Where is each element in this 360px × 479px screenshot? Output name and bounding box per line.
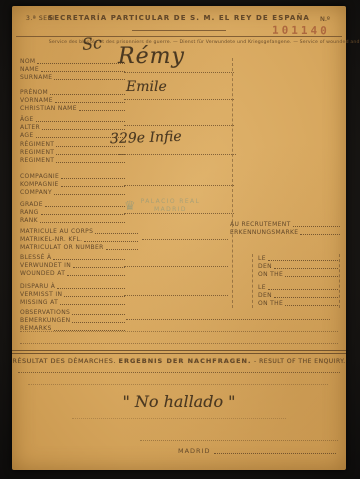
stamp-line2: MADRID [141, 206, 201, 214]
dot-leader [84, 241, 138, 242]
label-disparu: DISPARU À [20, 283, 55, 290]
dot-leader [54, 79, 125, 80]
field-wounded: BLESSÉ À VERWUNDET IN WOUNDED AT [20, 253, 125, 277]
dot-leader [57, 288, 125, 289]
column-divider [232, 58, 233, 308]
dot-leader [56, 162, 125, 163]
label-regiment-fr: RÉGIMENT [20, 141, 54, 148]
dot-leader [42, 129, 125, 130]
label-den: DEN [258, 292, 272, 299]
dot-leader [79, 110, 125, 111]
dot-leader [106, 249, 138, 250]
label-le: LE [258, 284, 266, 291]
label-blesse: BLESSÉ À [20, 254, 51, 261]
inquiry-card: 3.ª SERIE SECRETARÍA PARTICULAR DE S. M.… [12, 6, 346, 470]
label-matricule-fr: MATRICULE AU CORPS [20, 228, 93, 235]
dot-leader [73, 267, 125, 268]
label-prenom: PRÉNOM [20, 89, 48, 96]
label-missing: MISSING AT [20, 299, 58, 306]
label-age-en: AGE [20, 132, 34, 139]
title-underline [132, 30, 226, 31]
date-block-divider [252, 254, 253, 308]
entry-line [124, 125, 234, 126]
place-row: MADRID [178, 447, 336, 455]
date-block-divider [339, 254, 340, 308]
dot-leader [61, 186, 125, 187]
dot-leader [36, 121, 126, 122]
label-grade: GRADE [20, 201, 43, 208]
madrid-label: MADRID [178, 447, 211, 455]
entry-line [20, 331, 338, 332]
label-compagnie: COMPAGNIE [20, 173, 59, 180]
office-stamp: ♛ PALACIO REAL MADRID [124, 198, 200, 214]
dot-leader [60, 304, 125, 305]
label-matricule-de: MATRIKEL-NR. KFL. [20, 236, 82, 243]
dot-leader [53, 259, 125, 260]
dot-leader [64, 296, 125, 297]
label-regiment-en: REGIMENT [20, 157, 54, 164]
label-den: DEN [258, 263, 272, 270]
label-alter: ALTER [20, 124, 40, 131]
entry-line [124, 266, 228, 267]
handwritten-result: " No hallado " [12, 392, 346, 411]
label-on-the: ON THE [258, 300, 283, 307]
dot-leader [72, 322, 125, 323]
dot-leader [268, 260, 338, 261]
entry-line [124, 185, 234, 186]
dot-leader [67, 275, 125, 276]
dot-leader [45, 206, 125, 207]
entry-line [118, 154, 236, 155]
dot-leader [37, 63, 125, 64]
page-title: SECRETARÍA PARTICULAR DE S. M. EL REY DE… [12, 14, 346, 22]
label-name: NAME [20, 66, 39, 73]
label-christian-name: CHRISTIAN NAME [20, 105, 77, 112]
dot-leader [41, 214, 125, 215]
label-verwundet: VERWUNDET IN [20, 262, 71, 269]
label-bemerkungen: BEMERKUNGEN [20, 317, 70, 324]
dot-leader [274, 268, 338, 269]
label-matricule-en: MATRICULAT OR NUMBER [20, 244, 104, 251]
result-blank-line [28, 384, 328, 385]
label-age-fr: ÂGE [20, 116, 34, 123]
dot-leader [50, 94, 125, 95]
label-vorname: VORNAME [20, 97, 53, 104]
dot-leader [54, 194, 125, 195]
label-rang: RANG [20, 209, 39, 216]
result-blank-line [140, 440, 338, 441]
number-label: N.º [320, 15, 330, 23]
result-blank-line [72, 418, 286, 419]
result-heading-de: ERGEBNIS DER NACHFRAGEN. [119, 357, 252, 365]
result-heading: RÉSULTAT DES DÉMARCHES. ERGEBNIS DER NAC… [12, 357, 346, 365]
label-erkennungsmarke: ERKENNUNGSMARKE [230, 229, 298, 236]
entry-line [126, 319, 330, 320]
subtitle-en: Service of wounded and war prisoners. [300, 39, 360, 44]
label-au-recrutement: AU RECRUTEMENT [230, 221, 291, 228]
label-observations: OBSERVATIONS [20, 309, 70, 316]
field-firstname: PRÉNOM VORNAME CHRISTIAN NAME [20, 88, 125, 112]
crown-icon: ♛ [124, 200, 136, 213]
handwritten-regiment: 329e Infie [110, 129, 182, 147]
matricule-right-block: AU RECRUTEMENT ERKENNUNGSMARKE [230, 220, 340, 236]
dot-leader [61, 178, 125, 179]
dot-leader [285, 305, 338, 306]
result-heading-en: - RESULT OF THE ENQUIRY. [254, 358, 346, 365]
dot-leader [300, 234, 340, 235]
stamp-line1: PALACIO REAL [141, 198, 201, 206]
field-missing: DISPARU À VERMISST IN MISSING AT [20, 282, 125, 306]
label-on-the: ON THE [258, 271, 283, 278]
entry-line [124, 72, 234, 73]
label-vermisst: VERMISST IN [20, 291, 62, 298]
subtitle-de: Dienst für Verwundete und Kriegsgefangen… [180, 39, 299, 44]
dot-leader [55, 102, 125, 103]
entry-line [124, 295, 228, 296]
handwritten-firstname: Emile [126, 79, 167, 95]
dot-leader [214, 453, 337, 454]
dot-leader [41, 71, 125, 72]
field-matricule: MATRICULE AU CORPS MATRIKEL-NR. KFL. MAT… [20, 227, 138, 251]
dot-leader [268, 289, 338, 290]
field-company: COMPAGNIE KOMPAGNIE COMPANY [20, 172, 125, 196]
dot-leader [95, 233, 138, 234]
label-le: LE [258, 255, 266, 262]
handwritten-surname: Rémy [118, 44, 185, 69]
label-surname: SURNAME [20, 74, 52, 81]
missing-date-block: LE DEN ON THE [258, 283, 338, 307]
label-company: COMPANY [20, 189, 52, 196]
dot-leader [293, 226, 340, 227]
dot-leader [40, 222, 125, 223]
wounded-date-block: LE DEN ON THE [258, 254, 338, 278]
entry-line [20, 343, 338, 344]
entry-line [124, 99, 234, 100]
field-rank: GRADE RANG RANK [20, 200, 125, 224]
label-rank: RANK [20, 217, 38, 224]
section-divider [12, 350, 346, 354]
header-rule [16, 36, 342, 37]
handwritten-paraph: Sc [81, 33, 103, 54]
label-regiment-de: REGIMENT [20, 149, 54, 156]
dot-leader [285, 276, 338, 277]
label-nom: NOM [20, 58, 35, 65]
label-kompagnie: KOMPAGNIE [20, 181, 59, 188]
result-rule [18, 372, 340, 373]
dot-leader [56, 154, 125, 155]
result-heading-fr: RÉSULTAT DES DÉMARCHES. [12, 357, 116, 365]
label-wounded: WOUNDED AT [20, 270, 65, 277]
entry-line [142, 239, 228, 240]
dot-leader [274, 297, 338, 298]
field-name: NOM NAME SURNAME [20, 57, 125, 81]
field-remarks: OBSERVATIONS BEMERKUNGEN REMARKS [20, 308, 125, 332]
dot-leader [72, 314, 125, 315]
